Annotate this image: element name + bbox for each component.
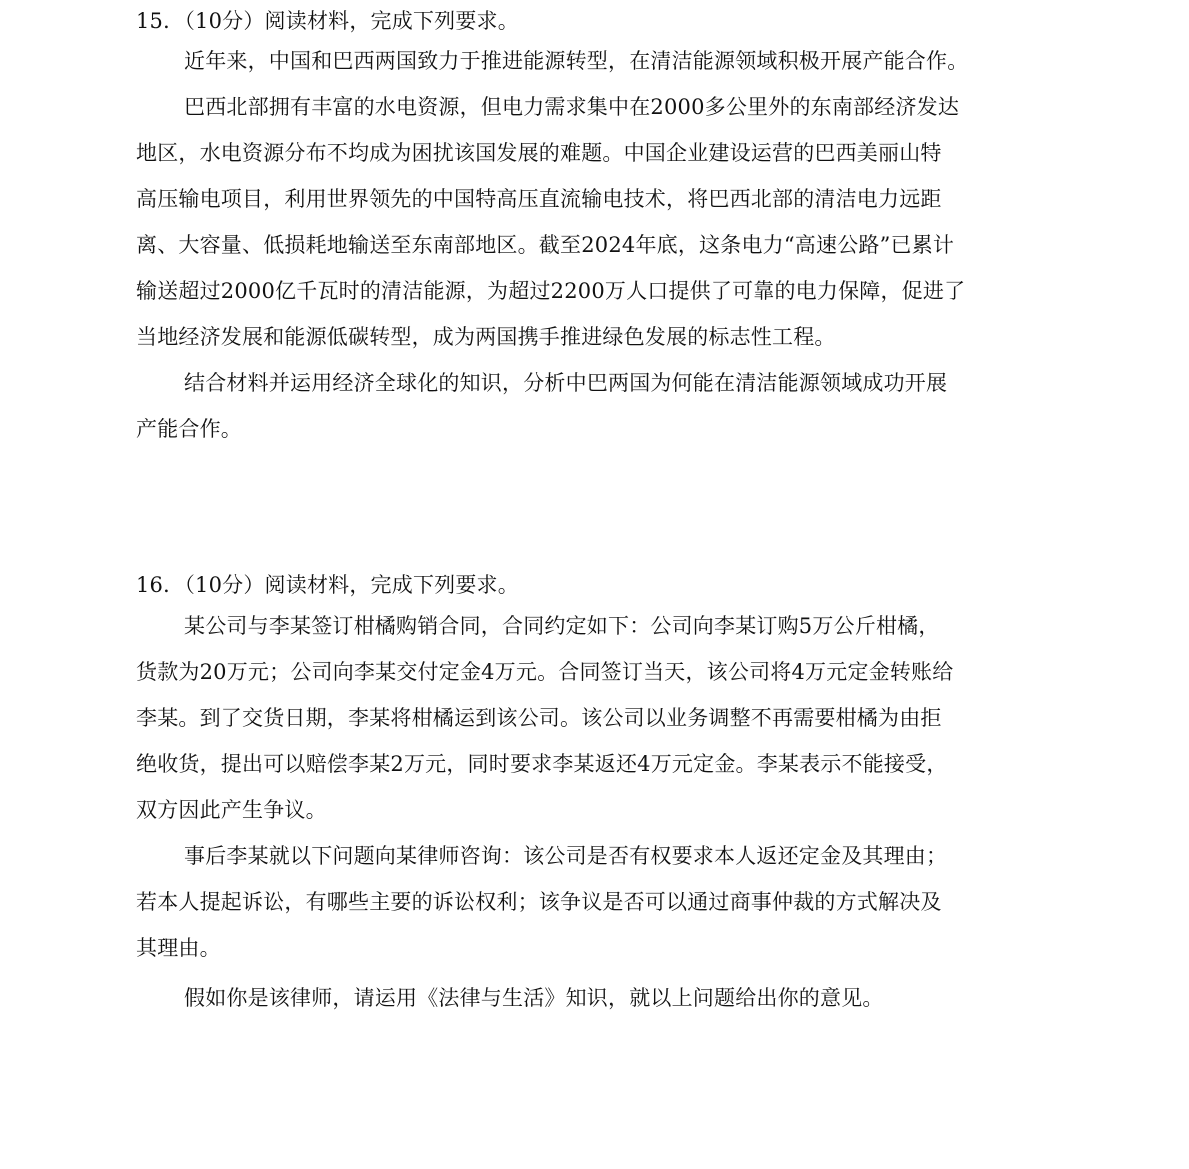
question-16-prompt: 假如你是该律师，请运用《法律与生活》知识，就以上问题给出你的意见。 (184, 983, 884, 1013)
question-16-paragraph-2-line-1: 事后李某就以下问题向某律师咨询：该公司是否有权要求本人返还定金及其理由； (184, 841, 947, 871)
question-15-paragraph-2-line-1: 巴西北部拥有丰富的水电资源，但电力需求集中在2000多公里外的东南部经济发达 (184, 92, 959, 122)
question-16-paragraph-1-line-5: 双方因此产生争议。 (136, 795, 327, 825)
question-15-paragraph-2-line-5: 输送超过2000亿千瓦时的清洁能源，为超过2200万人口提供了可靠的电力保障，促… (136, 276, 965, 306)
question-15-header: 15．（10分）阅读材料，完成下列要求。 (136, 6, 519, 36)
question-15-paragraph-2-line-4: 离、大容量、低损耗地输送至东南部地区。截至2024年底，这条电力“高速公路”已累… (136, 230, 954, 260)
question-16-paragraph-1-line-3: 李某。到了交货日期，李某将柑橘运到该公司。该公司以业务调整不再需要柑橘为由拒 (136, 703, 942, 733)
question-15-paragraph-1: 近年来，中国和巴西两国致力于推进能源转型，在清洁能源领域积极开展产能合作。 (184, 46, 968, 76)
question-16-paragraph-1-line-4: 绝收货，提出可以赔偿李某2万元，同时要求李某返还4万元定金。李某表示不能接受， (136, 749, 948, 779)
question-16-paragraph-2-line-2: 若本人提起诉讼，有哪些主要的诉讼权利；该争议是否可以通过商事仲裁的方式解决及 (136, 887, 942, 917)
question-15-prompt-line-2: 产能合作。 (136, 414, 242, 444)
question-15-paragraph-2-line-6: 当地经济发展和能源低碳转型，成为两国携手推进绿色发展的标志性工程。 (136, 322, 836, 352)
question-15-prompt-line-1: 结合材料并运用经济全球化的知识，分析中巴两国为何能在清洁能源领域成功开展 (184, 368, 947, 398)
question-16-paragraph-2-line-3: 其理由。 (136, 933, 221, 963)
question-16-paragraph-1-line-2: 货款为20万元；公司向李某交付定金4万元。合同签订当天，该公司将4万元定金转账给 (136, 657, 953, 687)
question-16-header: 16．（10分）阅读材料，完成下列要求。 (136, 570, 519, 600)
exam-page: 15．（10分）阅读材料，完成下列要求。 近年来，中国和巴西两国致力于推进能源转… (0, 0, 1189, 1169)
question-15-paragraph-2-line-3: 高压输电项目，利用世界领先的中国特高压直流输电技术，将巴西北部的清洁电力远距 (136, 184, 942, 214)
question-15-paragraph-2-line-2: 地区，水电资源分布不均成为困扰该国发展的难题。中国企业建设运营的巴西美丽山特 (136, 138, 942, 168)
question-16-paragraph-1-line-1: 某公司与李某签订柑橘购销合同，合同约定如下：公司向李某订购5万公斤柑橘， (184, 611, 940, 641)
